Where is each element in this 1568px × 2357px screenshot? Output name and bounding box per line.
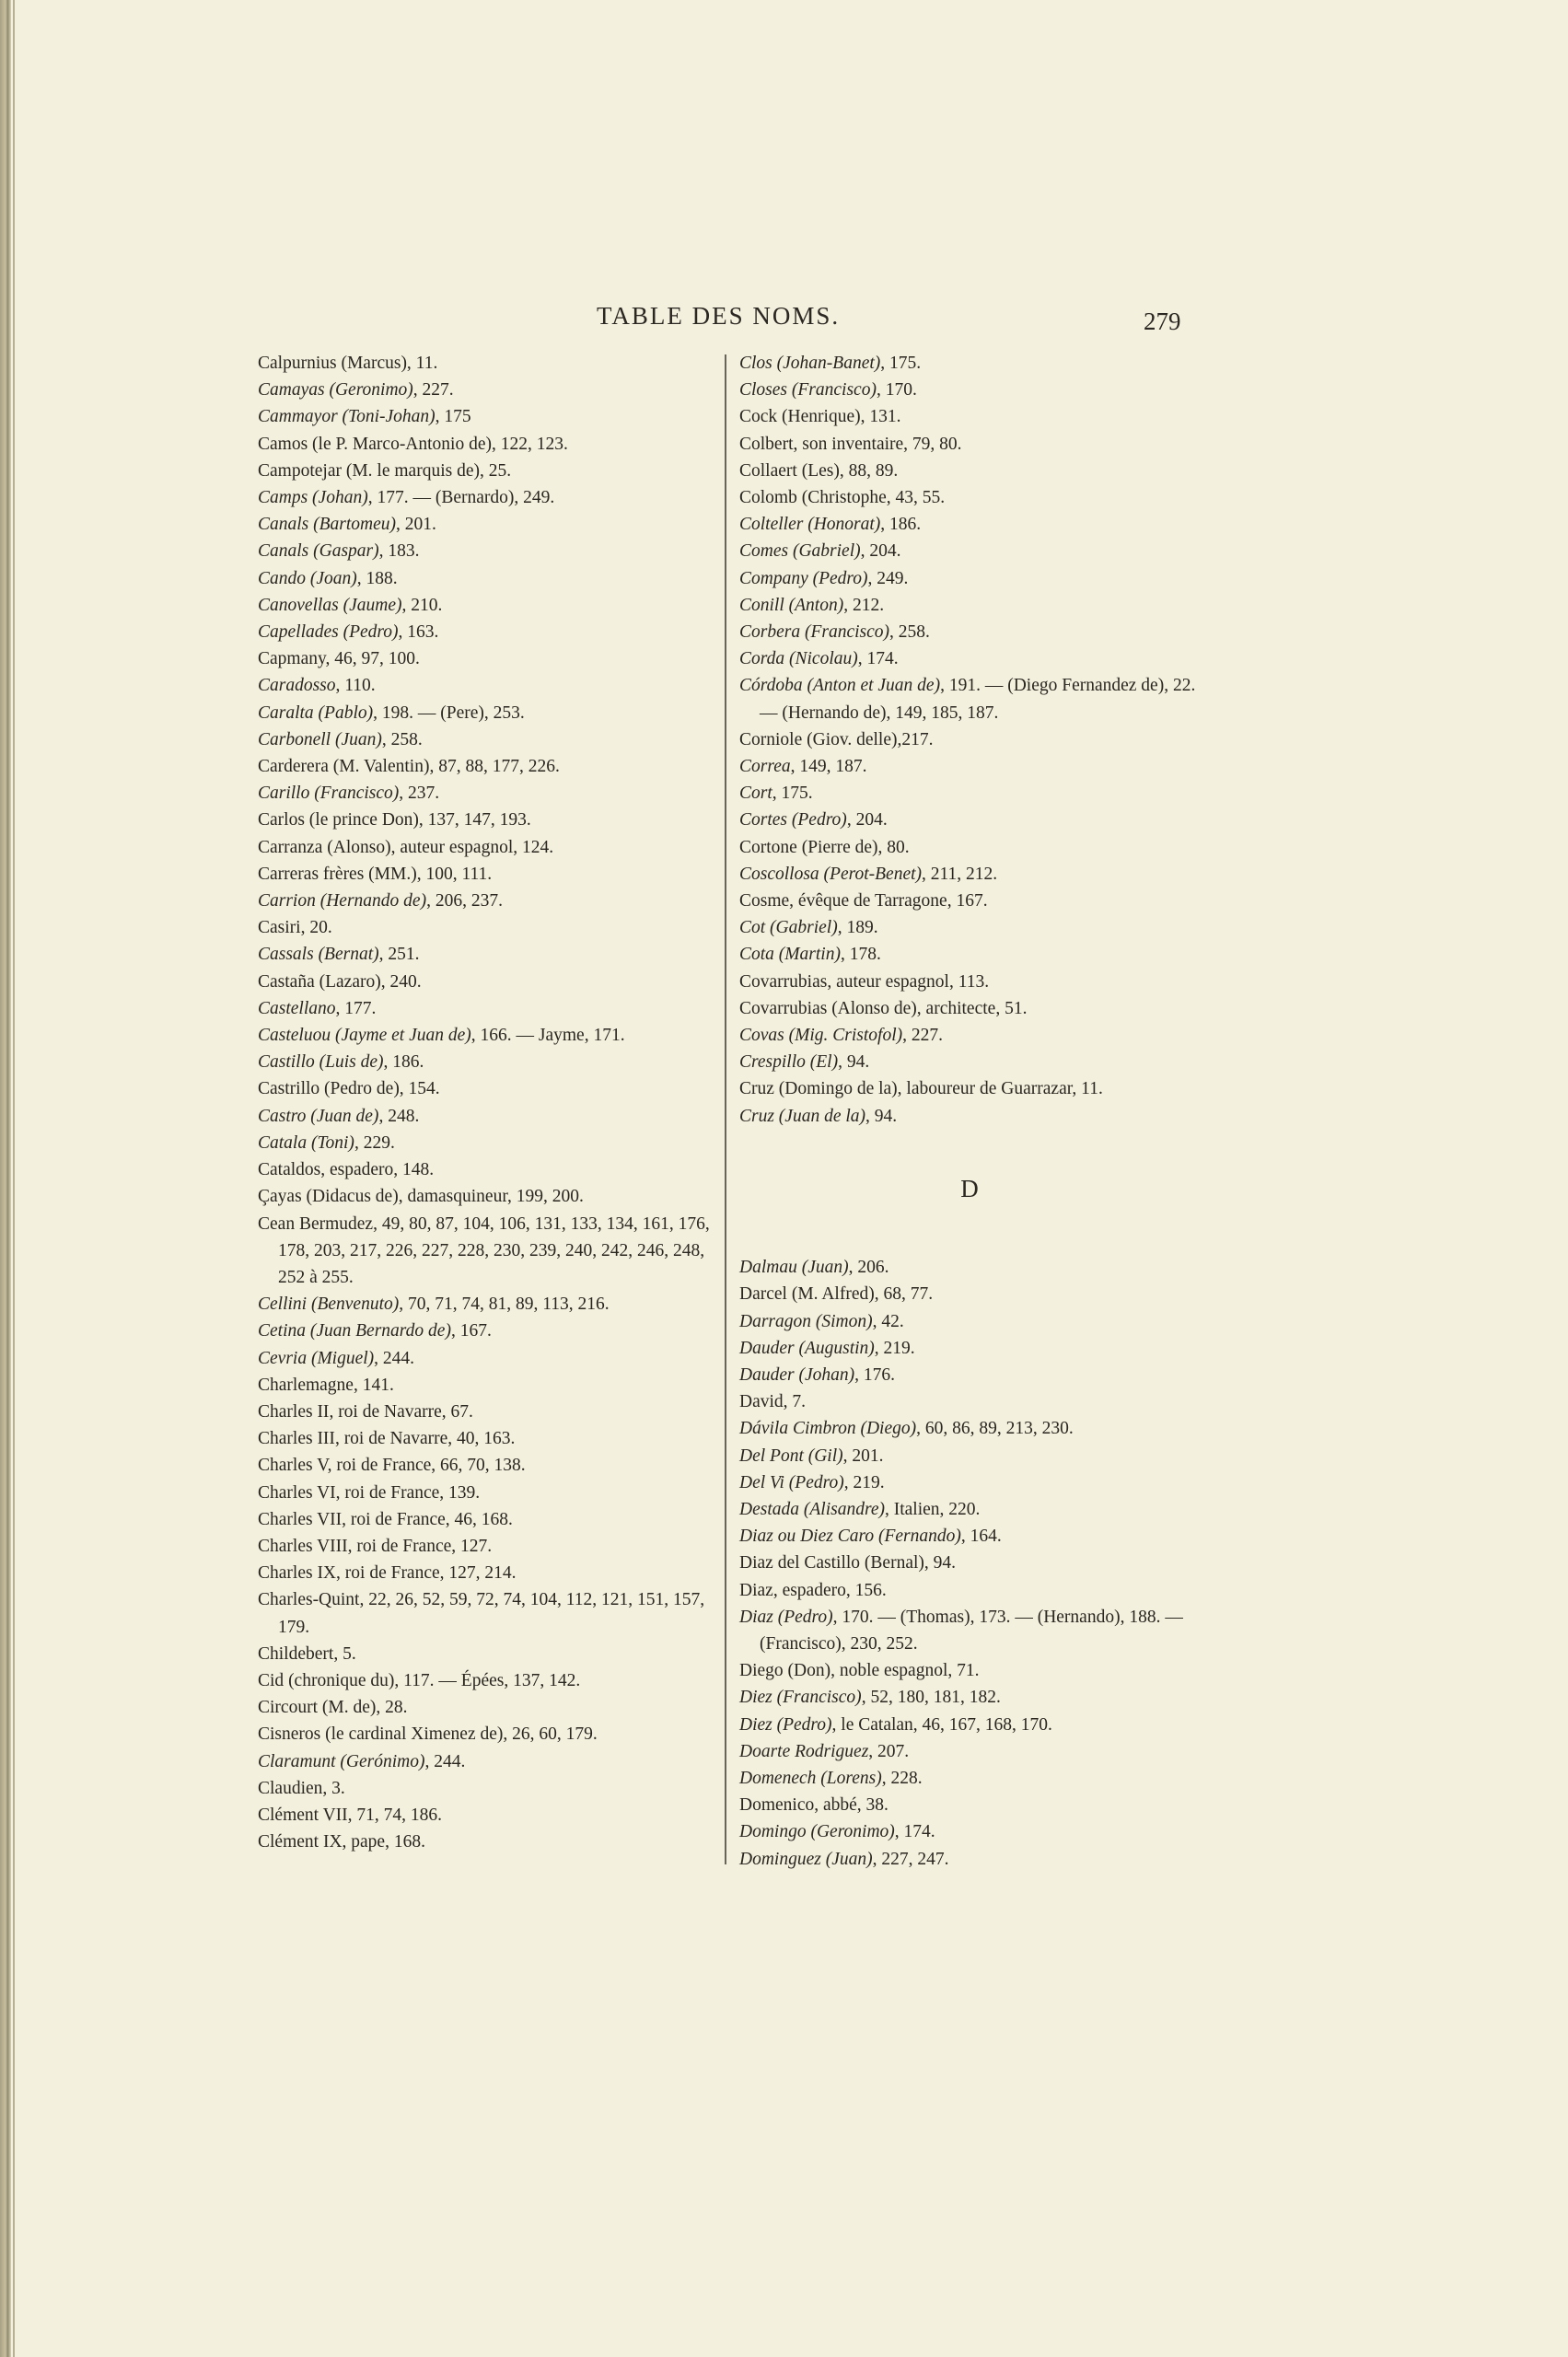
entry-references: , 71, 74, 186. xyxy=(348,1805,442,1825)
index-entry: Covarrubias, auteur espagnol, 113. xyxy=(739,969,1200,995)
entry-references: , 206. xyxy=(849,1258,889,1277)
index-entry: Charles V, roi de France, 66, 70, 138. xyxy=(258,1452,718,1479)
entry-name: Canals (Bartomeu) xyxy=(258,515,396,534)
index-entry: Coscollosa (Perot-Benet), 211, 212. xyxy=(739,861,1200,888)
entry-references: , espadero, 148. xyxy=(320,1160,434,1179)
index-entry: Corniole (Giov. delle),217. xyxy=(739,726,1200,753)
entry-name: Conill (Anton) xyxy=(739,596,843,615)
index-entry: Castaña (Lazaro), 240. xyxy=(258,969,718,995)
entry-name: Dominguez (Juan) xyxy=(739,1850,873,1869)
index-entry: Covas (Mig. Cristofol), 227. xyxy=(739,1022,1200,1049)
entry-references: (le P. Marco-Antonio de), 122, 123. xyxy=(308,435,568,454)
index-entry: Cando (Joan), 188. xyxy=(258,565,718,592)
entry-references: , 94. xyxy=(838,1052,869,1072)
index-column-left: Calpurnius (Marcus), 11.Camayas (Geronim… xyxy=(258,350,718,1855)
index-entry: Carderera (M. Valentin), 87, 88, 177, 22… xyxy=(258,753,718,780)
index-entry: Cetina (Juan Bernardo de), 167. xyxy=(258,1318,718,1344)
index-entry: Childebert, 5. xyxy=(258,1641,718,1667)
entry-references: , roi de France, 127, 214. xyxy=(336,1563,517,1583)
entry-references: , 244. xyxy=(424,1752,465,1771)
entry-references: , 227. xyxy=(413,380,454,400)
entry-references: , 186. xyxy=(880,515,921,534)
index-entry: Domingo (Geronimo), 174. xyxy=(739,1818,1200,1845)
entry-references: , 258. xyxy=(382,730,423,749)
index-entry: Diego (Don), noble espagnol, 71. xyxy=(739,1657,1200,1684)
entry-references: , 42. xyxy=(873,1312,904,1331)
index-entry: Castrillo (Pedro de), 154. xyxy=(258,1075,718,1102)
entry-references: , 52, 180, 181, 182. xyxy=(862,1688,1001,1707)
entry-name: Circourt xyxy=(258,1698,318,1717)
index-entry: Diaz del Castillo (Bernal), 94. xyxy=(739,1550,1200,1576)
index-entry: Canovellas (Jaume), 210. xyxy=(258,592,718,619)
index-entry: Del Vi (Pedro), 219. xyxy=(739,1469,1200,1496)
entry-name: Cando (Joan) xyxy=(258,569,357,588)
entry-name: Catala (Toni) xyxy=(258,1133,354,1153)
entry-name: Cortes (Pedro) xyxy=(739,810,847,830)
entry-references: (Don), noble espagnol, 71. xyxy=(784,1661,980,1680)
index-entry: Charles VI, roi de France, 139. xyxy=(258,1480,718,1506)
entry-references: , 229. xyxy=(354,1133,395,1153)
entry-references: (chronique du), 117. — Épées, 137, 142. xyxy=(284,1671,580,1690)
entry-name: Covarrubias xyxy=(739,972,827,992)
entry-references: , 3. xyxy=(322,1779,344,1798)
index-entry: Çayas (Didacus de), damasquineur, 199, 2… xyxy=(258,1183,718,1210)
index-entry: Carranza (Alonso), auteur espagnol, 124. xyxy=(258,834,718,861)
entry-references: , 177. — (Bernardo), 249. xyxy=(368,488,555,507)
index-entry: David, 7. xyxy=(739,1388,1200,1415)
entry-references: , 204. xyxy=(847,810,888,830)
entry-references: (M. Alfred), 68, 77. xyxy=(787,1284,933,1304)
entry-name: Caradosso xyxy=(258,676,336,695)
index-entry: Cort, 175. xyxy=(739,780,1200,807)
entry-references: , 141. xyxy=(354,1376,394,1395)
index-entry: Castellano, 177. xyxy=(258,995,718,1022)
entry-references: , 178. xyxy=(841,945,881,964)
entry-name: Colteller (Honorat) xyxy=(739,515,880,534)
index-entry: Canals (Bartomeu), 201. xyxy=(258,511,718,538)
index-entry: Colomb (Christophe, 43, 55. xyxy=(739,484,1200,511)
index-entry: Corbera (Francisco), 258. xyxy=(739,619,1200,645)
entry-name: Cid xyxy=(258,1671,284,1690)
entry-references: , 175. xyxy=(880,354,921,373)
index-entry: Castillo (Luis de), 186. xyxy=(258,1049,718,1075)
index-entry: Del Pont (Gil), 201. xyxy=(739,1443,1200,1469)
entry-name: Corbera (Francisco) xyxy=(739,622,889,642)
entry-references: (Pedro de), 154. xyxy=(319,1079,440,1098)
entry-references: , roi de France, 46, 168. xyxy=(342,1510,513,1529)
entry-references: , 177. xyxy=(336,999,377,1018)
entry-references: (M. le marquis de), 25. xyxy=(342,461,511,481)
entry-name: Diaz (Pedro) xyxy=(739,1608,833,1627)
entry-references: (Alonso), auteur espagnol, 124. xyxy=(322,838,553,857)
entry-references: (le prince Don), 137, 147, 193. xyxy=(305,810,531,830)
index-entry: Caradosso, 110. xyxy=(258,672,718,699)
index-entry: Domenech (Lorens), 228. xyxy=(739,1765,1200,1792)
entry-name: Cassals (Bernat) xyxy=(258,945,379,964)
entry-references: , 258. xyxy=(889,622,930,642)
entry-name: David xyxy=(739,1392,784,1411)
entry-references: , roi de France, 66, 70, 138. xyxy=(328,1456,526,1475)
entry-references: (Domingo de la), laboureur de Guarrazar,… xyxy=(774,1079,1103,1098)
entry-references: (Henrique), 131. xyxy=(777,407,900,426)
index-entry: Cosme, évêque de Tarragone, 167. xyxy=(739,888,1200,914)
entry-name: Cetina (Juan Bernardo de) xyxy=(258,1321,451,1341)
entry-references: (Les), 88, 89. xyxy=(797,461,898,481)
entry-references: , 244. xyxy=(374,1349,414,1368)
index-entry: Colbert, son inventaire, 79, 80. xyxy=(739,431,1200,458)
page-header: TABLE DES NOMS. 279 xyxy=(0,302,1568,339)
index-entry: Dominguez (Juan), 227, 247. xyxy=(739,1846,1200,1873)
index-entry: Dauder (Augustin), 219. xyxy=(739,1335,1200,1362)
entry-references: , abbé, 38. xyxy=(814,1795,889,1815)
entry-references: , 110. xyxy=(336,676,376,695)
entry-references: , 5. xyxy=(333,1644,355,1664)
entry-references: , 207. xyxy=(868,1742,909,1761)
entry-name: Company (Pedro) xyxy=(739,569,868,588)
index-column-right: Clos (Johan-Banet), 175.Closes (Francisc… xyxy=(739,350,1200,1873)
entry-name: Darragon (Simon) xyxy=(739,1312,873,1331)
entry-references: , 210. xyxy=(402,596,443,615)
entry-name: Charles-Quint xyxy=(258,1590,359,1609)
entry-references: , le Catalan, 46, 167, 168, 170. xyxy=(832,1715,1052,1735)
entry-references: , 198. — (Pere), 253. xyxy=(373,703,525,723)
entry-references: , évêque de Tarragone, 167. xyxy=(789,891,987,911)
index-entry: Casiri, 20. xyxy=(258,914,718,941)
entry-references: , 201. xyxy=(396,515,436,534)
entry-name: Diaz xyxy=(739,1581,773,1600)
entry-name: Carranza xyxy=(258,838,322,857)
entry-references: frères (MM.), 100, 111. xyxy=(319,865,492,884)
entry-name: Charlemagne xyxy=(258,1376,354,1395)
binding-shadow-line xyxy=(13,0,15,2357)
entry-references: (Alonso de), architecte, 51. xyxy=(827,999,1027,1018)
entry-name: Diez (Pedro) xyxy=(739,1715,832,1735)
entry-name: Cruz xyxy=(739,1079,774,1098)
entry-references: , 60, 86, 89, 213, 230. xyxy=(916,1419,1074,1438)
entry-name: Colomb xyxy=(739,488,797,507)
entry-references: (Didacus de), damasquineur, 199, 200. xyxy=(302,1187,584,1206)
index-entry: Camayas (Geronimo), 227. xyxy=(258,377,718,403)
entry-name: Colbert xyxy=(739,435,794,454)
entry-name: Camps (Johan) xyxy=(258,488,368,507)
index-entry: Diaz, espadero, 156. xyxy=(739,1577,1200,1604)
entry-name: Campotejar xyxy=(258,461,342,481)
index-entry: Carillo (Francisco), 237. xyxy=(258,780,718,807)
entry-name: Diego xyxy=(739,1661,784,1680)
entry-references: , 237. xyxy=(399,784,439,803)
entry-name: Cevria (Miguel) xyxy=(258,1349,374,1368)
index-entry: Cellini (Benvenuto), 70, 71, 74, 81, 89,… xyxy=(258,1291,718,1318)
index-entry: Charles-Quint, 22, 26, 52, 59, 72, 74, 1… xyxy=(258,1586,718,1640)
index-entry: Charlemagne, 141. xyxy=(258,1372,718,1399)
entry-references: (le cardinal Ximenez de), 26, 60, 179. xyxy=(320,1724,598,1744)
index-entry: Diez (Francisco), 52, 180, 181, 182. xyxy=(739,1684,1200,1711)
entry-name: Diez (Francisco) xyxy=(739,1688,862,1707)
index-entry: Diaz ou Diez Caro (Fernando), 164. xyxy=(739,1523,1200,1550)
entry-name: Cean Bermudez xyxy=(258,1214,373,1234)
entry-name: Covarrubias xyxy=(739,999,827,1018)
entry-name: Carillo (Francisco) xyxy=(258,784,399,803)
entry-name: Casiri xyxy=(258,918,301,937)
index-entry: Catala (Toni), 229. xyxy=(258,1130,718,1156)
index-entry: Cruz (Juan de la), 94. xyxy=(739,1103,1200,1130)
index-entry: Carrion (Hernando de), 206, 237. xyxy=(258,888,718,914)
entry-name: Dauder (Augustin) xyxy=(739,1339,875,1358)
index-entry: Calpurnius (Marcus), 11. xyxy=(258,350,718,377)
index-entry: Clos (Johan-Banet), 175. xyxy=(739,350,1200,377)
index-entry: Cortone (Pierre de), 80. xyxy=(739,834,1200,861)
entry-name: Collaert xyxy=(739,461,797,481)
entry-references: , 227, 247. xyxy=(873,1850,949,1869)
entry-name: Carbonell (Juan) xyxy=(258,730,382,749)
entry-name: Domenech (Lorens) xyxy=(739,1769,882,1788)
index-entry: Clément IX, pape, 168. xyxy=(258,1829,718,1855)
index-entry: Darragon (Simon), 42. xyxy=(739,1308,1200,1335)
entry-references: , 20. xyxy=(301,918,332,937)
entry-references: , 183. xyxy=(379,541,420,561)
entry-references: , roi de France, 127. xyxy=(348,1537,493,1556)
index-entries-c: Clos (Johan-Banet), 175.Closes (Francisc… xyxy=(739,350,1200,1130)
entry-name: Cammayor (Toni-Johan) xyxy=(258,407,436,426)
entry-name: Diaz xyxy=(739,1553,773,1573)
index-entry: Cid (chronique du), 117. — Épées, 137, 1… xyxy=(258,1667,718,1694)
entry-references: , 211, 212. xyxy=(922,865,997,884)
entry-name: Del Pont (Gil) xyxy=(739,1446,843,1466)
index-entry: Destada (Alisandre), Italien, 220. xyxy=(739,1496,1200,1523)
entry-name: Domingo (Geronimo) xyxy=(739,1822,895,1841)
entry-references: , 175 xyxy=(436,407,471,426)
index-entry: Diaz (Pedro), 170. — (Thomas), 173. — (H… xyxy=(739,1604,1200,1657)
entry-references: (M. de), 28. xyxy=(318,1698,407,1717)
entry-references: , 175. xyxy=(772,784,813,803)
entry-references: , Italien, 220. xyxy=(885,1500,980,1519)
entry-name: Covas (Mig. Cristofol) xyxy=(739,1026,902,1045)
entry-references: , espadero, 156. xyxy=(773,1581,887,1600)
index-entry: Covarrubias (Alonso de), architecte, 51. xyxy=(739,995,1200,1022)
entry-name: Castellano xyxy=(258,999,336,1018)
index-entry: Circourt (M. de), 28. xyxy=(258,1694,718,1721)
entry-references: (Christophe, 43, 55. xyxy=(797,488,945,507)
entry-name: Claramunt (Gerónimo) xyxy=(258,1752,424,1771)
entry-references: (Giov. delle),217. xyxy=(802,730,933,749)
entry-references: , 94. xyxy=(865,1107,897,1126)
index-entry: Charles III, roi de Navarre, 40, 163. xyxy=(258,1425,718,1452)
index-entry: Carreras frères (MM.), 100, 111. xyxy=(258,861,718,888)
index-entry: Corda (Nicolau), 174. xyxy=(739,645,1200,672)
entry-name: Correa xyxy=(739,757,791,776)
book-binding-edge xyxy=(0,0,11,2357)
entry-name: Charles III xyxy=(258,1429,335,1448)
entry-references: , 228. xyxy=(882,1769,923,1788)
entry-name: Cataldos xyxy=(258,1160,320,1179)
entry-references: , 188. xyxy=(357,569,398,588)
entry-name: Cock xyxy=(739,407,777,426)
entry-references: , roi de Navarre, 40, 163. xyxy=(335,1429,515,1448)
entry-name: Canovellas (Jaume) xyxy=(258,596,402,615)
entry-name: Castro (Juan de) xyxy=(258,1107,378,1126)
index-entry: Doarte Rodriguez, 207. xyxy=(739,1738,1200,1765)
index-entry: Company (Pedro), 249. xyxy=(739,565,1200,592)
index-entry: Closes (Francisco), 170. xyxy=(739,377,1200,403)
entry-references: (M. Valentin), 87, 88, 177, 226. xyxy=(329,757,560,776)
index-entry: Carbonell (Juan), 258. xyxy=(258,726,718,753)
index-entry: Camps (Johan), 177. — (Bernardo), 249. xyxy=(258,484,718,511)
entry-name: Charles IX xyxy=(258,1563,336,1583)
entry-references: , son inventaire, 79, 80. xyxy=(794,435,962,454)
entry-name: Comes (Gabriel) xyxy=(739,541,861,561)
entry-name: Domenico xyxy=(739,1795,814,1815)
entry-references: (Pierre de), 80. xyxy=(797,838,910,857)
entry-name: Castaña xyxy=(258,972,315,992)
entry-name: Carlos xyxy=(258,810,305,830)
entry-references: , 163. xyxy=(399,622,439,642)
entry-name: Carreras xyxy=(258,865,319,884)
index-entry: Capmany, 46, 97, 100. xyxy=(258,645,718,672)
entry-name: Capellades (Pedro) xyxy=(258,622,399,642)
entry-references: , 201. xyxy=(843,1446,884,1466)
entry-name: Darcel xyxy=(739,1284,787,1304)
index-entry: Charles VIII, roi de France, 127. xyxy=(258,1533,718,1560)
entry-name: Carrion (Hernando de) xyxy=(258,891,426,911)
entry-name: Cruz (Juan de la) xyxy=(739,1107,865,1126)
index-entry: Comes (Gabriel), 204. xyxy=(739,538,1200,564)
index-entry: Diez (Pedro), le Catalan, 46, 167, 168, … xyxy=(739,1712,1200,1738)
entry-name: Castillo (Luis de) xyxy=(258,1052,384,1072)
index-entry: Cortes (Pedro), 204. xyxy=(739,807,1200,833)
entry-name: Casteluou (Jayme et Juan de) xyxy=(258,1026,471,1045)
entry-references: , 167. xyxy=(451,1321,492,1341)
entry-name: Charles V xyxy=(258,1456,328,1475)
index-entry: Cruz (Domingo de la), laboureur de Guarr… xyxy=(739,1075,1200,1102)
entry-references: , roi de France, 139. xyxy=(336,1483,481,1503)
entry-name: Carderera xyxy=(258,757,329,776)
entry-name: Clos (Johan-Banet) xyxy=(739,354,880,373)
entry-references: , 248. xyxy=(378,1107,419,1126)
entry-references: , 174. xyxy=(895,1822,935,1841)
entry-name: Clément VII xyxy=(258,1805,348,1825)
entry-name: Canals (Gaspar) xyxy=(258,541,379,561)
entry-name: Cosme xyxy=(739,891,789,911)
index-entry: Charles VII, roi de France, 46, 168. xyxy=(258,1506,718,1533)
index-entry: Cataldos, espadero, 148. xyxy=(258,1156,718,1183)
entry-name: Córdoba (Anton et Juan de) xyxy=(739,676,940,695)
entry-references: , 219. xyxy=(844,1473,885,1492)
index-entry: Correa, 149, 187. xyxy=(739,753,1200,780)
index-entry: Castro (Juan de), 248. xyxy=(258,1103,718,1130)
index-entry: Capellades (Pedro), 163. xyxy=(258,619,718,645)
index-entry: Charles II, roi de Navarre, 67. xyxy=(258,1399,718,1425)
entry-references: , 249. xyxy=(868,569,909,588)
index-entry: Cean Bermudez, 49, 80, 87, 104, 106, 131… xyxy=(258,1211,718,1292)
entry-name: Diaz ou Diez Caro (Fernando) xyxy=(739,1527,961,1546)
entry-name: Doarte Rodriguez xyxy=(739,1742,868,1761)
entry-name: Cortone xyxy=(739,838,797,857)
entry-name: Clément IX xyxy=(258,1832,343,1852)
entry-references: , 149, 187. xyxy=(791,757,867,776)
entry-name: Capmany xyxy=(258,649,325,668)
index-entry: Córdoba (Anton et Juan de), 191. — (Dieg… xyxy=(739,672,1200,726)
entry-name: Dalmau (Juan) xyxy=(739,1258,849,1277)
index-entry: Conill (Anton), 212. xyxy=(739,592,1200,619)
entry-name: Cota (Martin) xyxy=(739,945,841,964)
entry-name: Corda (Nicolau) xyxy=(739,649,858,668)
index-entry: Cevria (Miguel), 244. xyxy=(258,1345,718,1372)
entry-name: Claudien xyxy=(258,1779,322,1798)
entry-references: , 7. xyxy=(784,1392,806,1411)
index-entry: Clément VII, 71, 74, 186. xyxy=(258,1802,718,1829)
entry-name: Cot (Gabriel) xyxy=(739,918,838,937)
entry-references: , 166. — Jayme, 171. xyxy=(471,1026,625,1045)
entry-name: Camos xyxy=(258,435,308,454)
index-entry: Cot (Gabriel), 189. xyxy=(739,914,1200,941)
entry-name: Crespillo (El) xyxy=(739,1052,838,1072)
entry-name: Cellini (Benvenuto) xyxy=(258,1295,399,1314)
index-entry: Campotejar (M. le marquis de), 25. xyxy=(258,458,718,484)
running-title: TABLE DES NOMS. xyxy=(597,302,840,331)
entry-references: , pape, 168. xyxy=(343,1832,425,1852)
index-entry: Domenico, abbé, 38. xyxy=(739,1792,1200,1818)
entry-name: Charles VIII xyxy=(258,1537,348,1556)
entry-references: (Marcus), 11. xyxy=(337,354,438,373)
section-letter-heading: D xyxy=(739,1176,1200,1202)
entry-name: Destada (Alisandre) xyxy=(739,1500,885,1519)
entry-references: , 170. xyxy=(877,380,917,400)
entry-name: Cort xyxy=(739,784,772,803)
entry-references: (Lazaro), 240. xyxy=(315,972,422,992)
entry-references: del Castillo (Bernal), 94. xyxy=(773,1553,956,1573)
entry-references: , auteur espagnol, 113. xyxy=(827,972,989,992)
entry-name: Cisneros xyxy=(258,1724,320,1744)
index-entry: Collaert (Les), 88, 89. xyxy=(739,458,1200,484)
entry-references: , 251. xyxy=(379,945,420,964)
index-entry: Dalmau (Juan), 206. xyxy=(739,1254,1200,1281)
index-entry: Cammayor (Toni-Johan), 175 xyxy=(258,403,718,430)
entry-references: , 176. xyxy=(854,1365,895,1385)
entry-references: , 204. xyxy=(861,541,901,561)
entry-name: Castrillo xyxy=(258,1079,319,1098)
index-entry: Carlos (le prince Don), 137, 147, 193. xyxy=(258,807,718,833)
entry-name: Coscollosa (Perot-Benet) xyxy=(739,865,922,884)
entry-name: Dauder (Johan) xyxy=(739,1365,854,1385)
entry-name: Dávila Cimbron (Diego) xyxy=(739,1419,916,1438)
entry-name: Charles VI xyxy=(258,1483,336,1503)
entry-references: , 186. xyxy=(384,1052,424,1072)
entry-name: Calpurnius xyxy=(258,354,337,373)
entry-references: , 189. xyxy=(838,918,878,937)
entry-references: , 219. xyxy=(875,1339,915,1358)
entry-references: , 46, 97, 100. xyxy=(325,649,419,668)
entry-references: , 164. xyxy=(961,1527,1002,1546)
entry-name: Del Vi (Pedro) xyxy=(739,1473,844,1492)
index-entry: Casteluou (Jayme et Juan de), 166. — Jay… xyxy=(258,1022,718,1049)
index-entries-d: Dalmau (Juan), 206.Darcel (M. Alfred), 6… xyxy=(739,1254,1200,1873)
entry-references: , 206, 237. xyxy=(426,891,503,911)
index-entry: Charles IX, roi de France, 127, 214. xyxy=(258,1560,718,1586)
entry-references: , 227. xyxy=(902,1026,943,1045)
index-entry: Cock (Henrique), 131. xyxy=(739,403,1200,430)
index-entry: Canals (Gaspar), 183. xyxy=(258,538,718,564)
entry-references: , 212. xyxy=(843,596,884,615)
index-entry: Dauder (Johan), 176. xyxy=(739,1362,1200,1388)
index-entry: Caralta (Pablo), 198. — (Pere), 253. xyxy=(258,700,718,726)
entry-name: Corniole xyxy=(739,730,802,749)
index-entry: Crespillo (El), 94. xyxy=(739,1049,1200,1075)
entry-references: , 70, 71, 74, 81, 89, 113, 216. xyxy=(399,1295,609,1314)
entry-name: Closes (Francisco) xyxy=(739,380,877,400)
index-entry: Cisneros (le cardinal Ximenez de), 26, 6… xyxy=(258,1721,718,1747)
entry-name: Charles VII xyxy=(258,1510,342,1529)
index-entry: Darcel (M. Alfred), 68, 77. xyxy=(739,1281,1200,1307)
